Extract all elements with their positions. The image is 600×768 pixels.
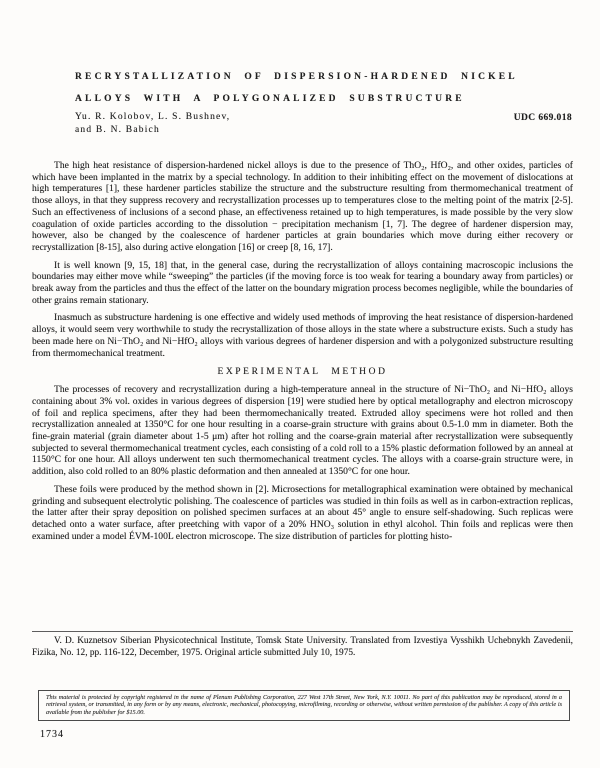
- footnote-block: V. D. Kuznetsov Siberian Physicotechnica…: [32, 631, 573, 659]
- article-title-line-2: ALLOYS WITH A POLYGONALIZED SUBSTRUCTURE: [75, 88, 555, 110]
- page-number: 1734: [40, 729, 64, 740]
- intro-paragraph: It is well known [9, 15, 18] that, in th…: [32, 260, 573, 307]
- section-paragraph: These foils were produced by the method …: [32, 484, 573, 543]
- article-title: RECRYSTALLIZATION OF DISPERSION-HARDENED…: [75, 66, 555, 110]
- copyright-notice-box: This material is protected by copyright …: [38, 690, 570, 721]
- scanned-paper-page: RECRYSTALLIZATION OF DISPERSION-HARDENED…: [0, 0, 600, 768]
- copyright-notice-text: This material is protected by copyright …: [46, 694, 562, 716]
- udc-number: UDC 669.018: [514, 113, 572, 123]
- byline-row: Yu. R. Kolobov, L. S. Bushnev, and B. N.…: [75, 111, 572, 137]
- article-title-line-1: RECRYSTALLIZATION OF DISPERSION-HARDENED…: [75, 66, 555, 88]
- intro-paragraph: The high heat resistance of dispersion-h…: [32, 160, 573, 254]
- intro-paragraph: Inasmuch as substructure hardening is on…: [32, 312, 573, 359]
- section-paragraph: The processes of recovery and recrystall…: [32, 384, 573, 478]
- authors-block: Yu. R. Kolobov, L. S. Bushnev, and B. N.…: [75, 111, 230, 137]
- footnote-text: V. D. Kuznetsov Siberian Physicotechnica…: [32, 636, 573, 659]
- article-body: The high heat resistance of dispersion-h…: [32, 160, 573, 548]
- authors-line-2: and B. N. Babich: [75, 124, 230, 137]
- authors-line-1: Yu. R. Kolobov, L. S. Bushnev,: [75, 111, 230, 124]
- section-heading-experimental-method: EXPERIMENTAL METHOD: [32, 367, 573, 377]
